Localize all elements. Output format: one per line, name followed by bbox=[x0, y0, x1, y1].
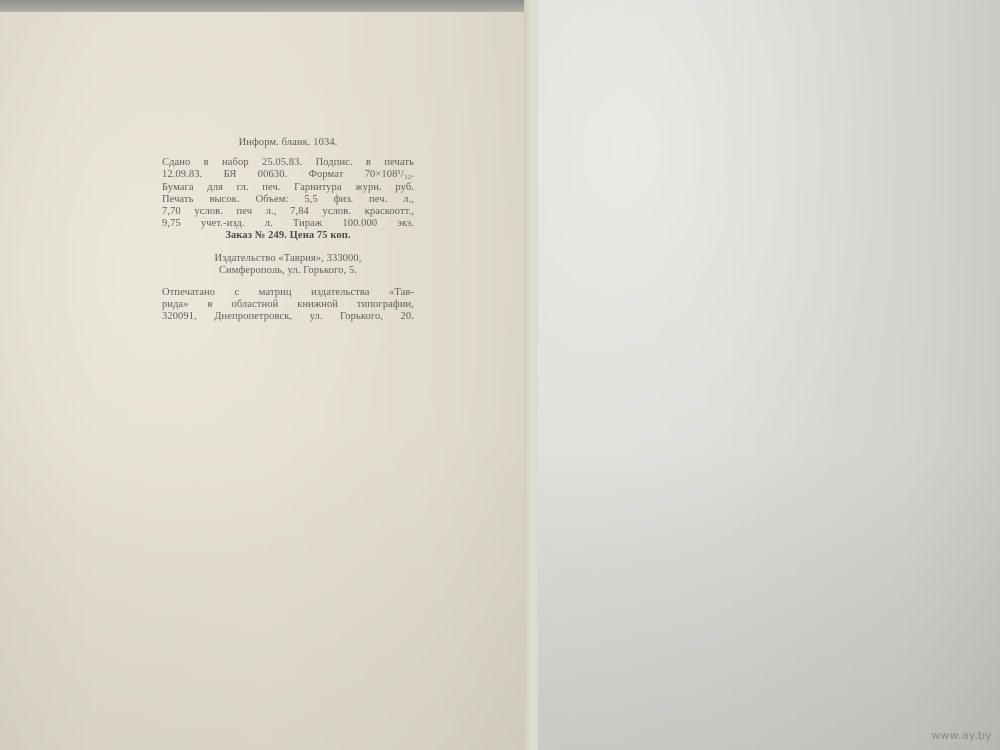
printer-line: 320091, Днепропетровск, ул. Горького, 20… bbox=[162, 311, 414, 323]
book-gutter bbox=[524, 0, 538, 750]
info-blank-number: Информ. бланк. 1034. bbox=[162, 137, 414, 149]
print-info-line: Сдано в набор 25.05.83. Подпис. в печать bbox=[162, 157, 414, 169]
site-watermark: www.ay.by bbox=[931, 729, 992, 742]
publisher-line: Симферополь, ул. Горького, 5. bbox=[162, 265, 414, 277]
printer-line: Отпечатано с матриц издательства «Тав- bbox=[162, 287, 414, 299]
colophon: Информ. бланк. 1034. Сдано в набор 25.05… bbox=[162, 137, 414, 324]
print-info-line: 12.09.83. БЯ 00630. Формат 70×108¹/₃₂. bbox=[162, 169, 414, 181]
print-info-line: Бумага для гл. печ. Гарнитура журн. руб. bbox=[162, 182, 414, 194]
printer-line: рида» в областной книжной типографии, bbox=[162, 299, 414, 311]
print-info: Сдано в набор 25.05.83. Подпис. в печать… bbox=[162, 157, 414, 242]
print-info-line: 7,70 услов. печ л., 7,84 услов. краскоот… bbox=[162, 206, 414, 218]
left-page bbox=[0, 12, 530, 750]
print-info-line: 9,75 учет.-изд. л. Тираж 100.000 экз. bbox=[162, 218, 414, 230]
print-info-line: Печать высок. Объем: 5,5 физ. печ. л., bbox=[162, 194, 414, 206]
order-and-price: Заказ № 249. Цена 75 коп. bbox=[162, 230, 414, 242]
right-page-blank bbox=[532, 0, 1000, 750]
publisher-info: Издательство «Таврия», 333000, Симферопо… bbox=[162, 253, 414, 277]
publisher-line: Издательство «Таврия», 333000, bbox=[162, 253, 414, 265]
printer-info: Отпечатано с матриц издательства «Тав- р… bbox=[162, 287, 414, 324]
